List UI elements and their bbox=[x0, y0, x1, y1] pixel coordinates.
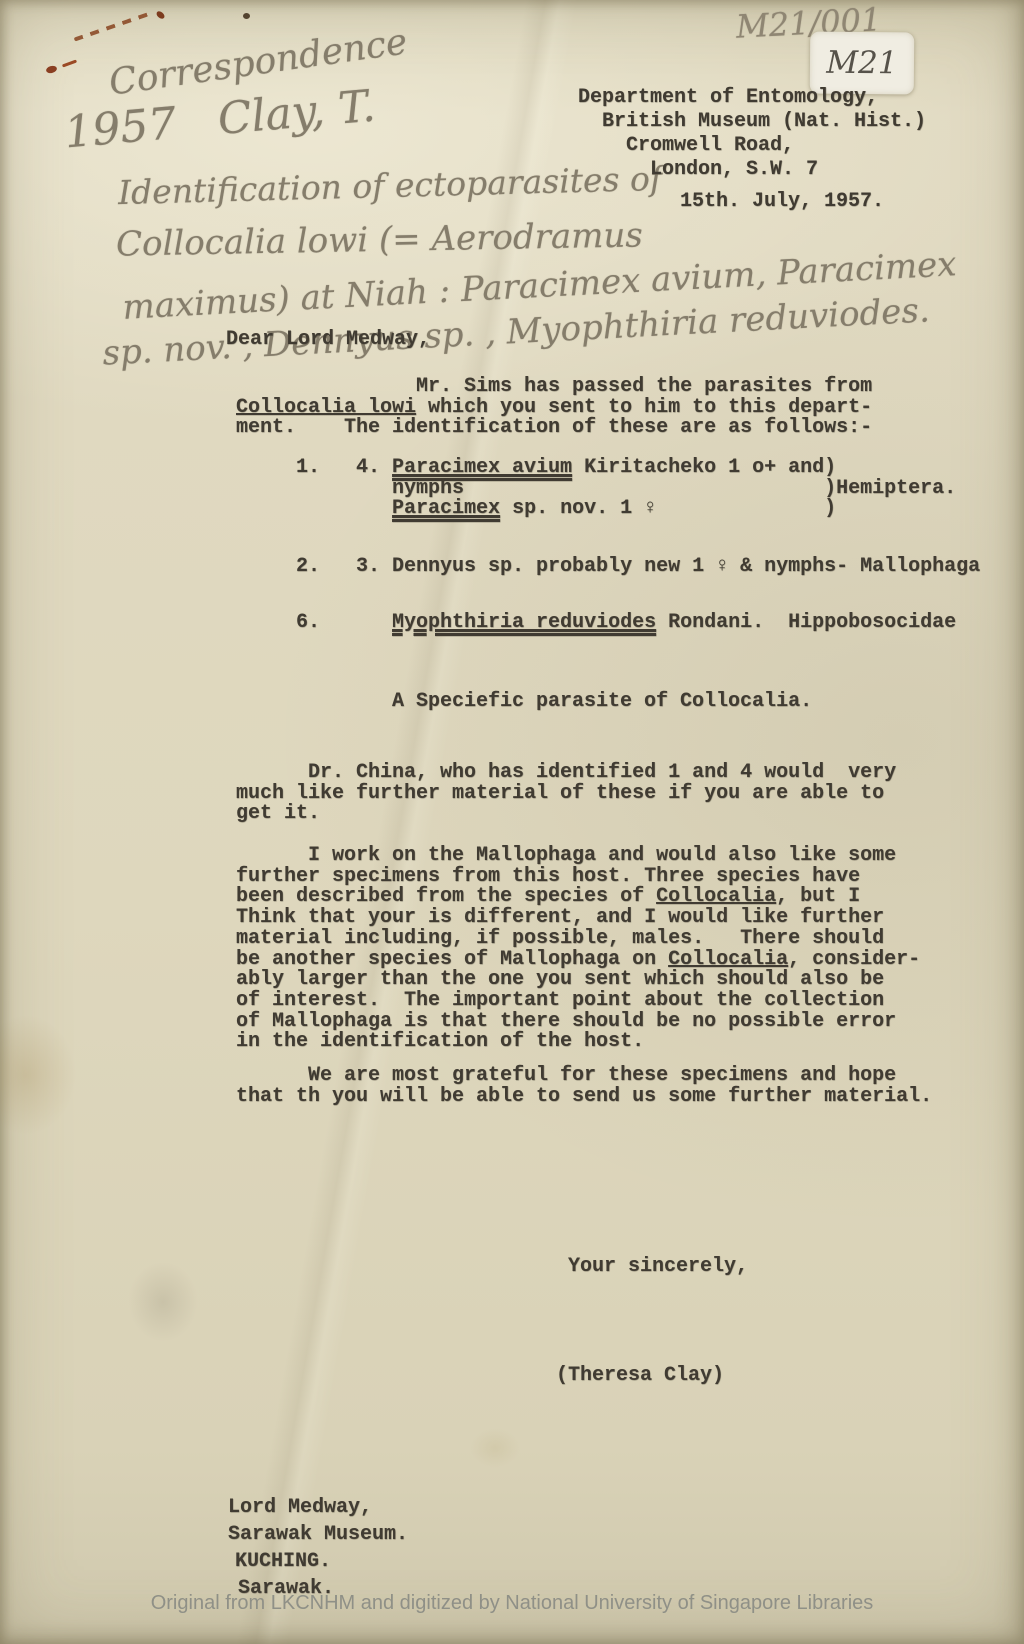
ink-speck bbox=[243, 13, 250, 19]
list-item-2-mallophaga: 2. 3. Dennyus sp. probably new 1 ♀ & nym… bbox=[236, 557, 980, 578]
recipient-address-line: KUCHING. bbox=[235, 1552, 331, 1573]
underlined-species-name: Collocalia lowi bbox=[236, 396, 416, 419]
item-numbers: 6. bbox=[236, 611, 392, 634]
underlined-species-name: Myophthiria reduviodes bbox=[392, 611, 656, 634]
salutation: Dear Lord Medway, bbox=[226, 330, 430, 351]
underlined-species-name: Collocalia bbox=[668, 948, 788, 971]
item-numbers: 1. 4. bbox=[236, 456, 392, 479]
recipient-address-line: Sarawak Museum. bbox=[228, 1525, 408, 1546]
paper-stain bbox=[0, 1015, 76, 1135]
letterhead-address: Department of Entomology, British Museum… bbox=[578, 86, 926, 182]
body-paragraph-2: Dr. China, who has identified 1 and 4 wo… bbox=[236, 763, 896, 825]
closing-line: Your sincerely, bbox=[568, 1257, 748, 1278]
handwritten-subject-line-2: Collocalia lowi (= Aerodramus bbox=[116, 215, 643, 264]
list-item-6-hippobosocidae: 6. Myophthiria reduviodes Rondani. Hippo… bbox=[236, 613, 956, 634]
rust-speck bbox=[45, 65, 57, 75]
digitization-watermark: Original from LKCNHM and digitized by Na… bbox=[0, 1592, 1024, 1615]
paper-stain bbox=[470, 1428, 520, 1468]
recipient-address-line: Lord Medway, bbox=[228, 1498, 372, 1519]
archive-label-text: M21 bbox=[826, 45, 898, 82]
letter-scan-page: M21/001 M21 Correspondence 1957 Clay, T.… bbox=[0, 0, 1024, 1644]
body-paragraph-3: I work on the Mallophaga and would also … bbox=[236, 846, 920, 1053]
rust-speck bbox=[62, 60, 77, 68]
signatory-name: (Theresa Clay) bbox=[556, 1366, 724, 1387]
body-paragraph-4: We are most grateful for these specimens… bbox=[236, 1066, 932, 1107]
item-text: sp. nov. 1 ♀ ) bbox=[500, 497, 836, 520]
parasite-note: A Speciefic parasite of Collocalia. bbox=[392, 692, 812, 713]
body-paragraph-1: Mr. Sims has passed the parasites from C… bbox=[236, 377, 872, 439]
handwritten-year-author: 1957 Clay, T. bbox=[62, 81, 377, 159]
item-text: Rondani. Hippobosocidae bbox=[656, 611, 956, 634]
rust-streak bbox=[74, 10, 155, 41]
list-item-1-hemiptera: 1. 4. Paracimex avium Kiritacheko 1 o+ a… bbox=[236, 458, 956, 520]
underlined-species-name: Paracimex bbox=[392, 497, 500, 520]
underlined-species-name: Paracimex avium bbox=[392, 456, 572, 479]
letter-date: 15th. July, 1957. bbox=[680, 192, 884, 213]
underlined-species-name: Collocalia bbox=[656, 885, 776, 908]
paragraph-text: Mr. Sims has passed the parasites from bbox=[236, 375, 872, 398]
rust-speck bbox=[155, 10, 166, 20]
paper-stain bbox=[128, 1262, 198, 1342]
